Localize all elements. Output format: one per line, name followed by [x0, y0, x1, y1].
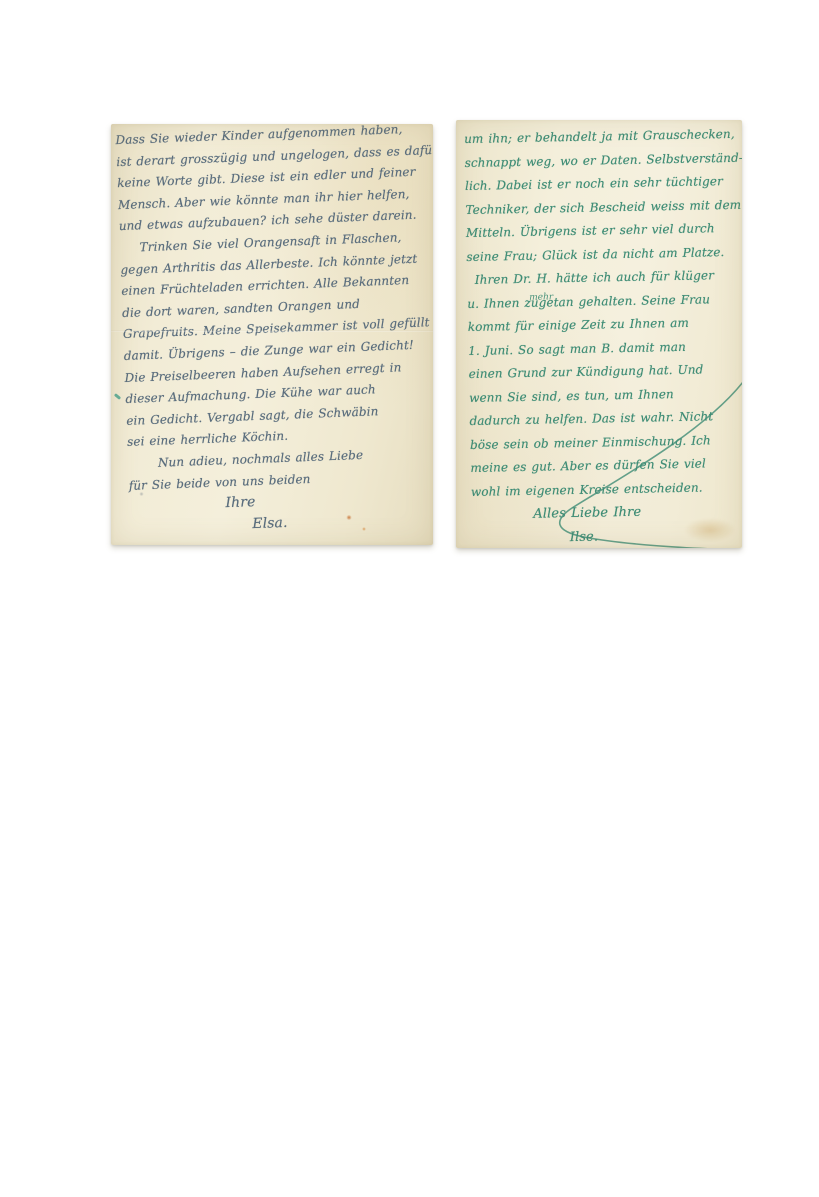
letter-page-2: um ihn; er behandelt ja mit Grauschecken…: [456, 120, 742, 548]
page-1-handwriting: Dass Sie wieder Kinder aufgenommen haben…: [115, 124, 433, 540]
signature-line: Ilse.: [472, 522, 740, 548]
inserted-word: mehr: [529, 292, 553, 302]
letter-page-1: Dass Sie wieder Kinder aufgenommen haben…: [111, 124, 433, 545]
stain: [114, 393, 121, 400]
page-2-handwriting: um ihn; er behandelt ja mit Grauschecken…: [464, 123, 740, 548]
scan-background: Dass Sie wieder Kinder aufgenommen haben…: [0, 0, 819, 1197]
